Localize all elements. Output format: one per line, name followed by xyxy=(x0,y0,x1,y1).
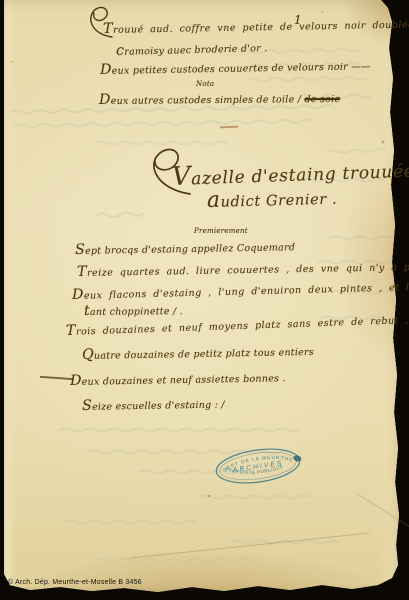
manuscript-scan: 1 Trouué aud. coffre vne petite de velou… xyxy=(0,0,409,600)
top-section-line: Deux autres custodes simples de toile / … xyxy=(99,91,340,107)
heading-subheading: Premierement xyxy=(194,228,248,235)
line-text: Deux autres custodes simples de toile / xyxy=(99,94,301,107)
struck-text: de soie xyxy=(304,94,340,105)
inventory-item: Seize escuelles d'estaing : / xyxy=(82,397,225,414)
inventory-item: tant choppinette / . xyxy=(84,303,183,318)
ink-blot xyxy=(293,454,302,462)
heading-line-2: audict Grenier . xyxy=(207,187,338,212)
top-section-nota: Nota xyxy=(196,81,214,88)
paper-sheet xyxy=(0,0,409,600)
archive-reference-caption: © Arch. Dép. Meurthe-et-Moselle B 3456 xyxy=(8,579,142,586)
